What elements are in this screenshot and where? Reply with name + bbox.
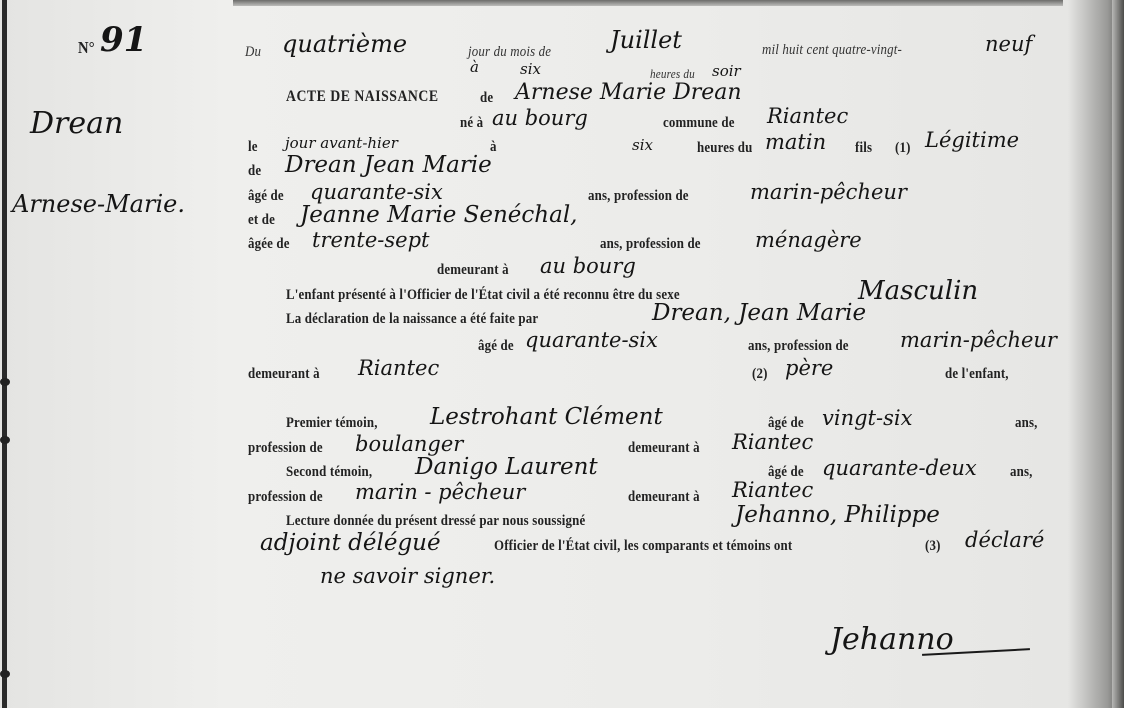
officer-name: Jehanno, Philippe (735, 502, 940, 528)
label-et-de: et de (248, 212, 275, 229)
first-witness-profession: boulanger (355, 432, 463, 456)
label-heures-du2: heures du (697, 140, 752, 157)
father-profession: marin-pêcheur (750, 180, 907, 204)
second-witness-profession: marin - pêcheur (355, 480, 525, 504)
label-du: Du (245, 44, 261, 61)
lecture-text: Lecture donnée du présent dressé par nou… (286, 513, 585, 530)
relation-value: père (785, 356, 833, 380)
birth-day-value: jour avant-hier (285, 134, 398, 152)
label-fils: fils (855, 140, 872, 157)
presentation-text: L'enfant présenté à l'Officier de l'État… (286, 287, 680, 304)
first-witness-residence: Riantec (732, 430, 813, 454)
label-de-father: de (248, 163, 261, 180)
declarant-age: quarante-six (525, 328, 658, 352)
note-1: (1) (895, 140, 911, 157)
commune-value: Riantec (767, 104, 848, 128)
officer-signature: Jehanno (830, 622, 954, 657)
label-demeurant-a: demeurant à (437, 262, 509, 279)
note-2: (2) (752, 366, 768, 383)
label-de: de (480, 90, 493, 107)
declaration-text: La déclaration de la naissance a été fai… (286, 311, 538, 328)
declarant-name: Drean, Jean Marie (652, 300, 866, 326)
legitimacy-value: Légitime (925, 128, 1019, 152)
period-value: soir (712, 62, 741, 80)
margin-mark (0, 436, 10, 444)
label-le: le (248, 139, 258, 156)
label-ans: ans, (1015, 415, 1038, 432)
label-age-de-declarant: âgé de (478, 338, 514, 355)
day-value: quatrième (282, 30, 407, 58)
page-edge-shadow (1112, 0, 1124, 708)
father-age: quarante-six (310, 180, 443, 204)
act-title: ACTE DE NAISSANCE (286, 88, 439, 106)
residence-value: au bourg (540, 254, 636, 278)
label-ans2: ans, (1010, 464, 1033, 481)
label-jour-du-mois: jour du mois de (468, 44, 551, 61)
register-page: N° 91 Drean Arnese-Marie. Du quatrième j… (0, 0, 1124, 708)
number-label: N° (78, 38, 95, 58)
birth-place: au bourg (492, 106, 588, 130)
label-second-demeurant: demeurant à (628, 489, 700, 506)
birth-period-value: matin (765, 130, 826, 154)
top-rule (233, 0, 1063, 6)
mother-name: Jeanne Marie Senéchal, (300, 202, 578, 228)
note-3: (3) (925, 538, 941, 555)
declarant-residence: Riantec (358, 356, 439, 380)
margin-given-names: Arnese-Marie. (12, 190, 185, 218)
label-demeurant-a-declarant: demeurant à (248, 366, 320, 383)
label-commune-de: commune de (663, 115, 735, 132)
sex-value: Masculin (858, 276, 978, 306)
mother-age: trente-sept (312, 228, 429, 252)
act-number: 91 (100, 20, 147, 60)
mother-profession: ménagère (755, 228, 862, 252)
month-value: Juillet (610, 26, 682, 54)
label-age-de: âgé de (248, 188, 284, 205)
label-profession-de2: profession de (248, 489, 323, 506)
margin-mark (0, 670, 10, 678)
label-year-prefix: mil huit cent quatre-vingt- (762, 42, 902, 59)
margin-mark (0, 378, 10, 386)
label-a: à (470, 58, 479, 76)
second-witness-residence: Riantec (732, 478, 813, 502)
officer-text: Officier de l'État civil, les comparants… (494, 538, 792, 555)
label-ans-profession: ans, profession de (588, 188, 689, 205)
label-profession-de: profession de (248, 440, 323, 457)
margin-surname: Drean (30, 106, 123, 141)
declared-value: déclaré (965, 528, 1044, 552)
label-agee-de: âgée de (248, 236, 290, 253)
first-witness-name: Lestrohant Clément (430, 404, 663, 430)
officer-title: adjoint délégué (260, 530, 441, 556)
label-de-lenfant: de l'enfant, (945, 366, 1009, 383)
margin-binding-line (2, 0, 7, 708)
year-suffix-value: neuf (985, 32, 1032, 56)
hour-value: six (520, 60, 541, 78)
label-ans-profession-declarant: ans, profession de (748, 338, 849, 355)
label-first-witness: Premier témoin, (286, 415, 378, 432)
label-ans-profession2: ans, profession de (600, 236, 701, 253)
label-second-witness: Second témoin, (286, 464, 372, 481)
declarant-profession: marin-pêcheur (900, 328, 1057, 352)
child-name: Arnese Marie Drean (515, 80, 742, 105)
cannot-sign-text: ne savoir signer. (320, 564, 495, 588)
label-first-demeurant: demeurant à (628, 440, 700, 457)
birth-hour-value: six (632, 136, 653, 154)
second-witness-name: Danigo Laurent (415, 454, 598, 480)
label-ne-a: né à (460, 115, 483, 132)
father-name: Drean Jean Marie (285, 152, 492, 178)
second-witness-age: quarante-deux (822, 456, 977, 480)
first-witness-age: vingt-six (822, 406, 912, 430)
